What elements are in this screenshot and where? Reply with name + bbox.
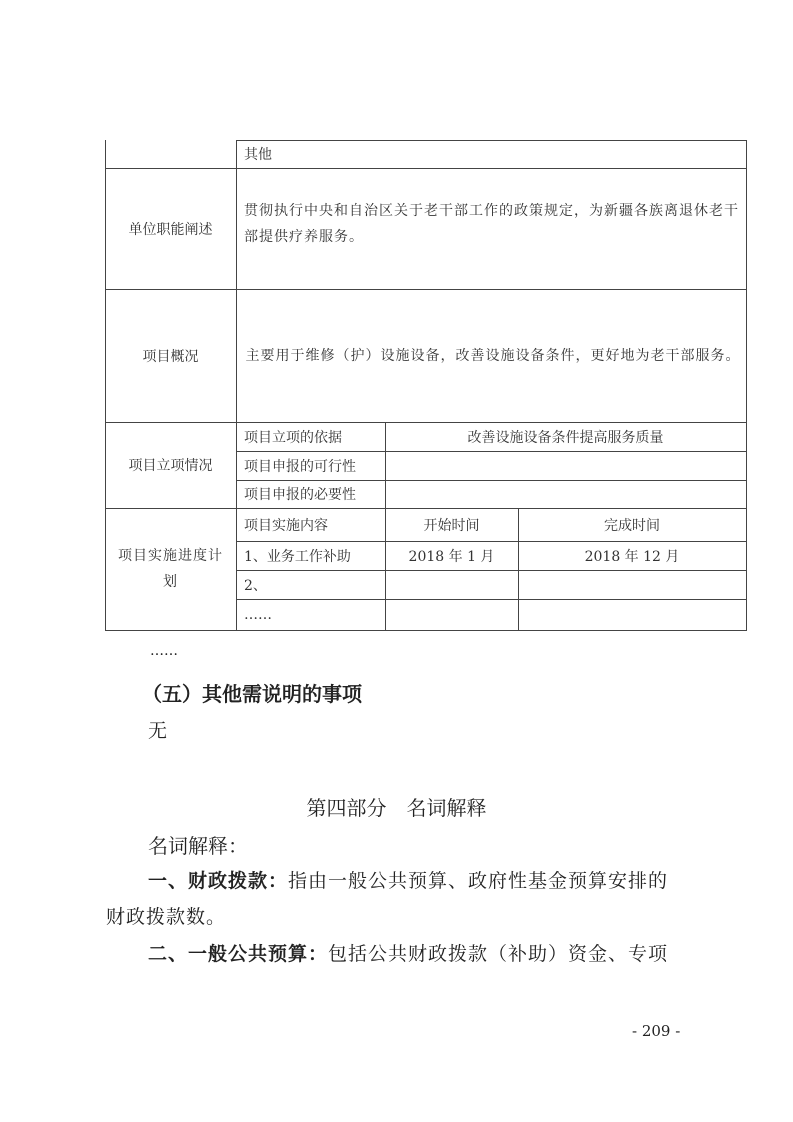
term-2-label: 二、一般公共预算： [148, 943, 328, 965]
schedule-end [518, 599, 746, 630]
schedule-label: 项目实施进度计划 [105, 508, 236, 630]
project-approval-label: 项目立项情况 [105, 422, 236, 508]
term-2: 二、一般公共预算：包括公共财政拨款（补助）资金、专项 [148, 939, 668, 966]
schedule-start [385, 599, 518, 630]
approval-value [385, 480, 746, 508]
schedule-content: 2、 [236, 570, 385, 599]
section-5-heading: （五）其他需说明的事项 [142, 678, 362, 707]
section-5-text: 无 [148, 716, 167, 743]
term-1-label: 一、财政拨款： [148, 870, 288, 892]
term-1-text: 指由一般公共预算、政府性基金预算安排的 [288, 870, 668, 892]
unit-function-label: 单位职能阐述 [105, 168, 236, 289]
other-cell: 其他 [236, 140, 746, 168]
unit-function-text: 贯彻执行中央和自治区关于老干部工作的政策规定，为新疆各族离退休老干部提供疗养服务… [236, 168, 746, 289]
schedule-header-start: 开始时间 [385, 508, 518, 541]
term-1: 一、财政拨款：指由一般公共预算、政府性基金预算安排的 [148, 866, 668, 893]
approval-item: 项目立项的依据 [236, 422, 385, 451]
schedule-content: …… [236, 599, 385, 630]
approval-item: 项目申报的可行性 [236, 451, 385, 480]
schedule-end [518, 570, 746, 599]
approval-value: 改善设施设备条件提高服务质量 [385, 422, 746, 451]
page-number: - 209 - [632, 1022, 680, 1040]
table-line [746, 140, 747, 630]
glossary-heading: 名词解释： [148, 830, 248, 859]
project-overview-label: 项目概况 [105, 289, 236, 422]
approval-item: 项目申报的必要性 [236, 480, 385, 508]
ellipsis: …… [150, 643, 178, 659]
schedule-content: 1、业务工作补助 [236, 541, 385, 570]
project-overview-text: 主要用于维修（护）设施设备，改善设施设备条件，更好地为老干部服务。 [236, 289, 746, 422]
schedule-header-end: 完成时间 [518, 508, 746, 541]
approval-value [385, 451, 746, 480]
schedule-start: 2018 年 1 月 [385, 541, 518, 570]
schedule-header-content: 项目实施内容 [236, 508, 385, 541]
term-1-continuation: 财政拨款数。 [106, 902, 226, 929]
part-4-title: 第四部分 名词解释 [0, 792, 793, 821]
schedule-end: 2018 年 12 月 [518, 541, 746, 570]
term-2-text: 包括公共财政拨款（补助）资金、专项 [328, 943, 668, 965]
table-line [105, 630, 747, 631]
schedule-start [385, 570, 518, 599]
